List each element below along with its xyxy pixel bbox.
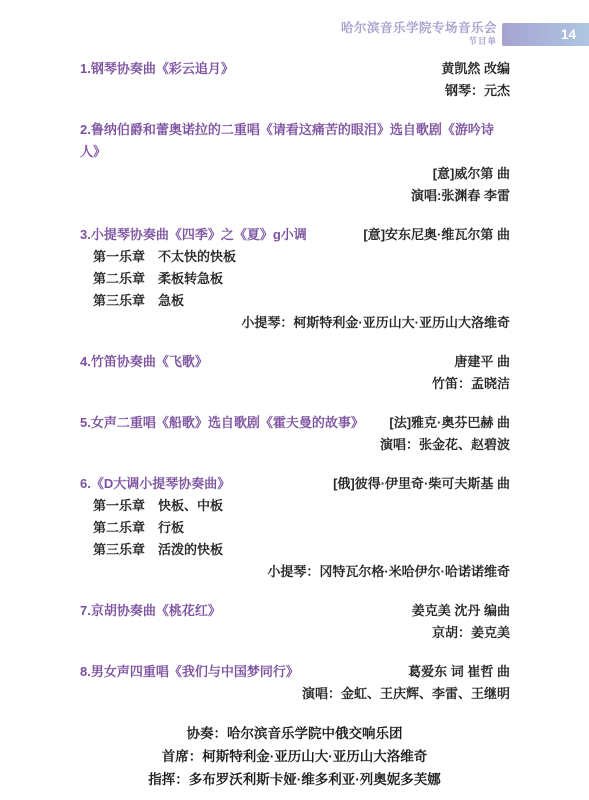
- performer-line: 竹笛：孟晓洁: [80, 373, 510, 395]
- program-item-title: 4.竹笛协奏曲《飞歌》: [80, 351, 208, 373]
- movement-line: 第二乐章 柔板转急板: [80, 268, 510, 290]
- program-item-title: 6.《D大调小提琴协奏曲》: [80, 473, 230, 495]
- program-item-credit: [法]雅克·奥芬巴赫 曲: [379, 412, 510, 434]
- program-item-credit: [俄]彼得·伊里奇·柴可夫斯基 曲: [323, 473, 510, 495]
- program-item-title: 5.女声二重唱《船歌》选自歌剧《霍夫曼的故事》: [80, 412, 364, 434]
- program-item-credit: 葛爱东 词 崔哲 曲: [398, 661, 510, 683]
- program-item-title-row: 5.女声二重唱《船歌》选自歌剧《霍夫曼的故事》 [法]雅克·奥芬巴赫 曲: [80, 412, 510, 434]
- program-item: 6.《D大调小提琴协奏曲》 [俄]彼得·伊里奇·柴可夫斯基 曲 第一乐章 快板、…: [80, 473, 510, 583]
- program-item-credit: [意]安东尼奥·维瓦尔第 曲: [353, 224, 510, 246]
- page-number-bar: 14: [502, 23, 589, 46]
- performer-line: 小提琴：柯斯特利金·亚历山大·亚历山大洛维奇: [80, 312, 510, 334]
- movement-line: 第二乐章 行板: [80, 517, 510, 539]
- program-item: 3.小提琴协奏曲《四季》之《夏》g小调 [意]安东尼奥·维瓦尔第 曲 第一乐章 …: [80, 224, 510, 334]
- program-item-title: 1.钢琴协奏曲《彩云追月》: [80, 58, 234, 80]
- header-text: 哈尔滨音乐学院专场音乐会 节目单: [341, 21, 497, 47]
- performer-line: 演唱:张渊春 李雷: [80, 185, 510, 207]
- movement-line: 第一乐章 快板、中板: [80, 495, 510, 517]
- performer-line: 小提琴：冈特瓦尔格·米哈伊尔·哈诺诺维奇: [80, 561, 510, 583]
- program-item: 7.京胡协奏曲《桃花红》 姜克美 沈丹 编曲 京胡：姜克美: [80, 600, 510, 644]
- movement-line: 第三乐章 活泼的快板: [80, 539, 510, 561]
- program-item-title-row: 2.鲁纳伯爵和蕾奥诺拉的二重唱《请看这痛苦的眼泪》选自歌剧《游吟诗人》: [80, 119, 510, 163]
- movement-line: 第一乐章 不太快的快板: [80, 246, 510, 268]
- performer-line: 演唱：张金花、赵碧波: [80, 434, 510, 456]
- page-subtitle: 节目单: [341, 37, 497, 47]
- program-item-credit: 唐建平 曲: [444, 351, 510, 373]
- program-item-title: 7.京胡协奏曲《桃花红》: [80, 600, 221, 622]
- movement-line: 第三乐章 急板: [80, 290, 510, 312]
- program-item-credit: 姜克美 沈丹 编曲: [402, 600, 510, 622]
- program-item-title-row: 3.小提琴协奏曲《四季》之《夏》g小调 [意]安东尼奥·维瓦尔第 曲: [80, 224, 510, 246]
- page-number: 14: [561, 27, 576, 42]
- program-item-credit: [意]威尔第 曲: [80, 163, 510, 185]
- page-header: 哈尔滨音乐学院专场音乐会 节目单 14: [0, 0, 589, 47]
- program-item-title-row: 4.竹笛协奏曲《飞歌》 唐建平 曲: [80, 351, 510, 373]
- program-item: 5.女声二重唱《船歌》选自歌剧《霍夫曼的故事》 [法]雅克·奥芬巴赫 曲 演唱：…: [80, 412, 510, 456]
- program-item-title-row: 6.《D大调小提琴协奏曲》 [俄]彼得·伊里奇·柴可夫斯基 曲: [80, 473, 510, 495]
- program-item: 1.钢琴协奏曲《彩云追月》 黄凯然 改编 钢琴：元杰: [80, 58, 510, 102]
- program-item-title-row: 1.钢琴协奏曲《彩云追月》 黄凯然 改编: [80, 58, 510, 80]
- footer-credit-line: 首席：柯斯特利金·亚历山大·亚历山大洛维奇: [0, 745, 589, 768]
- program-item: 8.男女声四重唱《我们与中国梦同行》 葛爱东 词 崔哲 曲 演唱：金虹、王庆辉、…: [80, 661, 510, 705]
- program-item-title: 2.鲁纳伯爵和蕾奥诺拉的二重唱《请看这痛苦的眼泪》选自歌剧《游吟诗人》: [80, 119, 510, 163]
- page-title: 哈尔滨音乐学院专场音乐会: [341, 21, 497, 35]
- performer-line: 演唱：金虹、王庆辉、李雷、王继明: [80, 683, 510, 705]
- program-item-title: 8.男女声四重唱《我们与中国梦同行》: [80, 661, 299, 683]
- performer-line: 京胡：姜克美: [80, 622, 510, 644]
- credits-footer: 协奏：哈尔滨音乐学院中俄交响乐团首席：柯斯特利金·亚历山大·亚历山大洛维奇指挥：…: [0, 722, 589, 791]
- program-item-credit: 黄凯然 改编: [431, 58, 510, 80]
- program-page: 哈尔滨音乐学院专场音乐会 节目单 14 1.钢琴协奏曲《彩云追月》 黄凯然 改编…: [0, 0, 589, 800]
- program-list: 1.钢琴协奏曲《彩云追月》 黄凯然 改编 钢琴：元杰 2.鲁纳伯爵和蕾奥诺拉的二…: [80, 58, 510, 705]
- program-item: 4.竹笛协奏曲《飞歌》 唐建平 曲 竹笛：孟晓洁: [80, 351, 510, 395]
- footer-credit-line: 协奏：哈尔滨音乐学院中俄交响乐团: [0, 722, 589, 745]
- footer-credit-line: 指挥：多布罗沃利斯卡娅·维多利亚·列奥妮多芙娜: [0, 768, 589, 791]
- program-item-title-row: 8.男女声四重唱《我们与中国梦同行》 葛爱东 词 崔哲 曲: [80, 661, 510, 683]
- program-item-title-row: 7.京胡协奏曲《桃花红》 姜克美 沈丹 编曲: [80, 600, 510, 622]
- performer-line: 钢琴：元杰: [80, 80, 510, 102]
- program-item-title: 3.小提琴协奏曲《四季》之《夏》g小调: [80, 224, 307, 246]
- program-item: 2.鲁纳伯爵和蕾奥诺拉的二重唱《请看这痛苦的眼泪》选自歌剧《游吟诗人》 [意]威…: [80, 119, 510, 207]
